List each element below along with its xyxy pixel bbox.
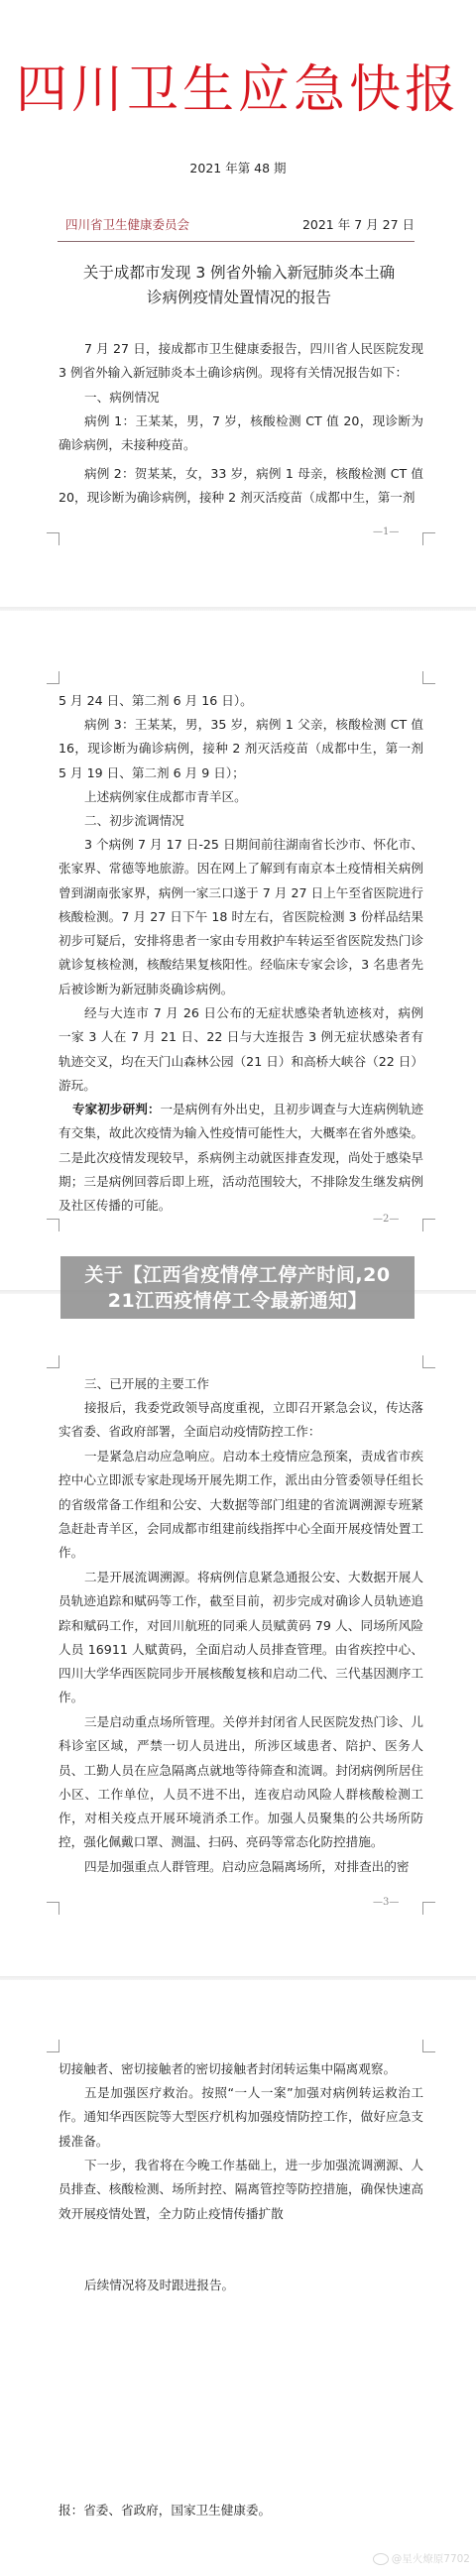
document-title-line2: 诊病例疫情处置情况的报告	[59, 286, 418, 310]
paragraph: 一是紧急启动应急响应。启动本土疫情应急预案，责成省市疾控中心立即派专家赴现场开展…	[59, 1445, 423, 1565]
overlay-caption: 关于【江西省疫情停工停产时间,20 21江西疫情停工令最新通知】	[60, 1256, 415, 1319]
paragraph: 切接触者、密切接触者的密切接触者封闭转运集中隔离观察。	[59, 2057, 423, 2081]
page-number: —1—	[373, 527, 399, 537]
expert-assessment-text: 一是病例有外出史，且初步调查与大连病例轨迹有交集，故此次疫情为输入性疫情可能性大…	[59, 1102, 423, 1213]
overlay-caption-line2: 21江西疫情停工令最新通知】	[60, 1288, 415, 1314]
distribution-list: 报：省委、省政府，国家卫生健康委。	[59, 2499, 423, 2522]
paragraph: 二是开展流调溯源。将病例信息紧急通报公安、大数据开展人员轨迹追踪和赋码等工作，截…	[59, 1566, 423, 1710]
paragraph: 接报后，我委党政领导高度重视，立即召开紧急会议，传达落实省委、省政府部署，全面启…	[59, 1396, 423, 1445]
section-heading: 一、病例情况	[59, 386, 423, 410]
page-number: —3—	[373, 1897, 399, 1908]
page-number: —2—	[373, 1214, 399, 1225]
paragraph: 病例 3：王某某，男，35 岁，病例 1 父亲，核酸检测 CT 值 16，现诊断…	[59, 713, 423, 785]
paragraph: 5 月 24 日、第二剂 6 月 16 日）。	[59, 689, 423, 713]
document-title: 关于成都市发现 3 例省外输入新冠肺炎本土确 诊病例疫情处置情况的报告	[59, 261, 418, 310]
paragraph: 7 月 27 日，接成都市卫生健康委报告，四川省人民医院发现 3 例省外输入新冠…	[59, 337, 423, 386]
page-corner-mark	[422, 2040, 435, 2052]
weibo-icon	[373, 2553, 389, 2565]
page-corner-mark	[47, 1219, 59, 1231]
issue-number: 2021 年第 48 期	[0, 159, 476, 176]
document-title-line1: 关于成都市发现 3 例省外输入新冠肺炎本土确	[59, 261, 418, 286]
masthead-title: 四川卫生应急快报	[0, 56, 476, 125]
issue-date: 2021 年 7 月 27 日	[302, 215, 415, 233]
page-corner-mark	[422, 1902, 435, 1915]
expert-assessment-label: 专家初步研判：	[72, 1102, 161, 1116]
page-corner-mark	[47, 532, 59, 545]
page-corner-mark	[422, 1355, 435, 1368]
section-heading: 二、初步流调情况	[59, 809, 423, 833]
page-corner-mark	[422, 1219, 435, 1231]
section-heading: 三、已开展的主要工作	[59, 1372, 423, 1396]
page-corner-mark	[47, 671, 59, 684]
page-corner-mark	[422, 532, 435, 545]
header-divider	[58, 241, 415, 242]
page-corner-mark	[47, 1355, 59, 1368]
overlay-caption-line1: 关于【江西省疫情停工停产时间,20	[60, 1262, 415, 1288]
page-corner-mark	[47, 1902, 59, 1915]
page-break	[0, 607, 476, 611]
paragraph: 四是加强重点人群管理。启动应急隔离场所，对排查出的密	[59, 1855, 423, 1879]
paragraph: 经与大连市 7 月 26 日公布的无症状感染者轨迹核对，病例一家 3 人在 7 …	[59, 1001, 423, 1098]
paragraph: 3 个病例 7 月 17 日-25 日期间前往湖南省长沙市、怀化市、张家界、常德…	[59, 833, 423, 1001]
paragraph: 病例 2：贺某某，女，33 岁，病例 1 母亲，核酸检测 CT 值 20，现诊断…	[59, 462, 423, 511]
closing-statement: 后续情况将及时跟进报告。	[59, 2274, 423, 2297]
paragraph: 病例 1：王某某，男，7 岁，核酸检测 CT 值 20，现诊断为确诊病例，未接种…	[59, 410, 423, 458]
expert-assessment: 专家初步研判：一是病例有外出史，且初步调查与大连病例轨迹有交集，故此次疫情为输入…	[59, 1098, 423, 1218]
page-break	[0, 1976, 476, 1980]
paragraph: 三是启动重点场所管理。关停并封闭省人民医院发热门诊、儿科诊室区域，严禁一切人员进…	[59, 1710, 423, 1855]
watermark-text: @星火燎原7702	[392, 2553, 470, 2565]
paragraph: 上述病例家住成都市青羊区。	[59, 785, 423, 809]
issuing-organization: 四川省卫生健康委员会	[65, 215, 189, 233]
page-corner-mark	[422, 671, 435, 684]
watermark: @星火燎原7702	[373, 2551, 470, 2566]
paragraph: 下一步，我省将在今晚工作基础上，进一步加强流调溯源、人员排查、核酸检测、场所封控…	[59, 2154, 423, 2226]
page-corner-mark	[47, 2040, 59, 2052]
paragraph: 五是加强医疗救治。按照“一人一案”加强对病例转运救治工作。通知华西医院等大型医疗…	[59, 2081, 423, 2154]
